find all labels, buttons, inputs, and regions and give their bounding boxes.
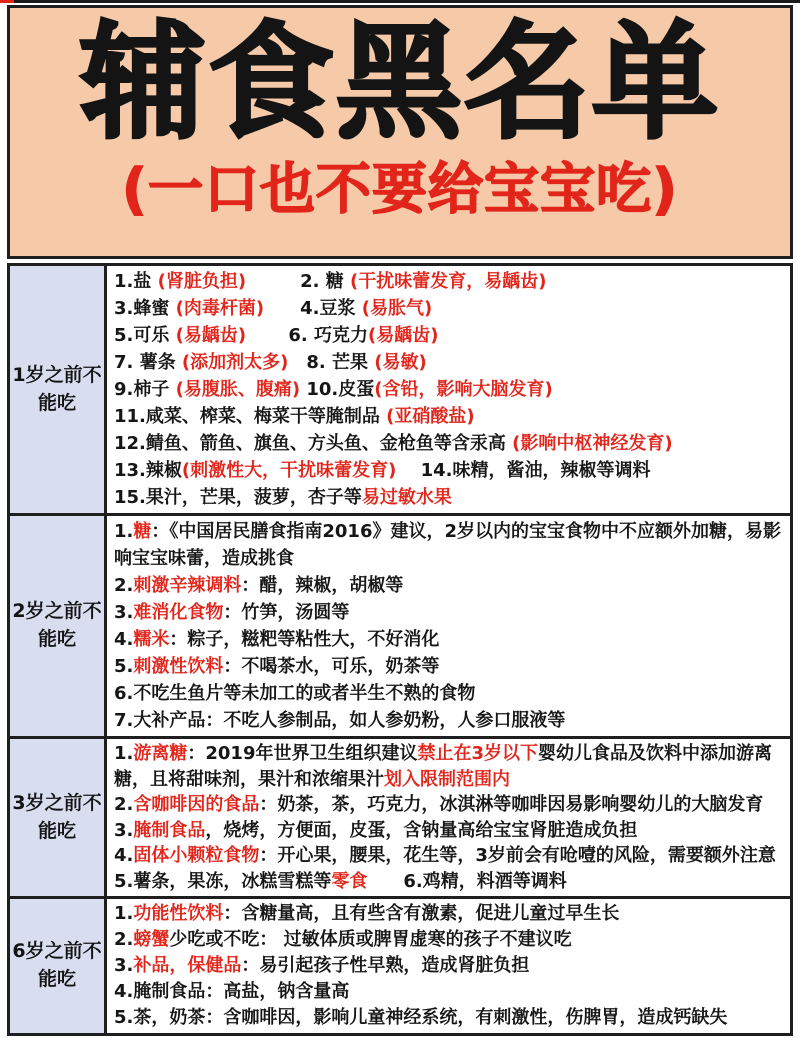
text-segment: 7.大补产品：不吃人参制品，如人参奶粉，人参口服液等 (114, 710, 565, 731)
food-item-line: 3.补品，保健品：易引起孩子性早熟，造成肾脏负担 (114, 953, 785, 979)
text-segment: 零食 (331, 871, 367, 892)
text-segment: 5.薯条，果冻，冰糕雪糕等 (114, 871, 331, 892)
text-segment: 10.皮蛋 (300, 379, 374, 400)
food-items: 1.游离糖：2019年世界卫生组织建议禁止在3岁以下婴幼儿食品及饮料中添加游离糖… (107, 739, 790, 896)
text-segment: 4.腌制食品：高盐，钠含量高 (114, 981, 349, 1002)
text-segment: 8. 芒果 (288, 352, 374, 373)
food-item-line: 5.刺激性饮料：不喝茶水，可乐，奶茶等 (114, 653, 785, 680)
food-item-line: 15.果汁，芒果，菠萝，杏子等易过敏水果 (114, 484, 785, 511)
age-group-label: 1岁之前不能吃 (10, 266, 107, 513)
food-item-line: 7. 薯条 (添加剂太多) 8. 芒果 (易敏) (114, 349, 785, 376)
text-segment: 1. (114, 903, 133, 924)
text-segment: 13.辣椒 (114, 460, 182, 481)
food-item-line: 12.鲭鱼、箭鱼、旗鱼、方头鱼、金枪鱼等含汞高 (影响中枢神经发育) (114, 430, 785, 457)
food-item-line: 2.刺激辛辣调料：醋，辣椒，胡椒等 (114, 572, 785, 599)
text-segment: 2. (114, 794, 133, 815)
text-segment: 易过敏水果 (362, 487, 452, 508)
top-edge-line (0, 0, 800, 3)
text-segment: 9.柿子 (114, 379, 176, 400)
table-row: 3岁之前不能吃1.游离糖：2019年世界卫生组织建议禁止在3岁以下婴幼儿食品及饮… (10, 736, 790, 896)
food-item-line: 5.茶，奶茶：含咖啡因，影响儿童神经系统，有刺激性，伤脾胃，造成钙缺失 (114, 1005, 785, 1031)
text-segment: 7. 薯条 (114, 352, 182, 373)
text-segment: 固体小颗粒食物 (133, 845, 259, 866)
table-row: 1岁之前不能吃1.盐 (肾脏负担) 2. 糖 (干扰味蕾发育，易龋齿)3.蜂蜜 … (10, 266, 790, 513)
text-segment: 4.豆浆 (264, 298, 362, 319)
food-item-line: 1.盐 (肾脏负担) 2. 糖 (干扰味蕾发育，易龋齿) (114, 268, 785, 295)
food-item-line: 5.可乐 (易龋齿) 6. 巧克力(易龋齿) (114, 322, 785, 349)
text-segment: 刺激性饮料 (133, 656, 223, 677)
food-item-line: 1.功能性饮料：含糖量高，且有些含有激素，促进儿童过早生长 (114, 901, 785, 927)
text-segment: (添加剂太多) (182, 352, 288, 373)
age-group-label: 3岁之前不能吃 (10, 739, 107, 896)
food-item-line: 4.腌制食品：高盐，钠含量高 (114, 979, 785, 1005)
header-panel: 辅食黑名单 (一口也不要给宝宝吃) (7, 5, 793, 259)
text-segment: 糖 (133, 521, 151, 542)
text-segment: 腌制食品 (133, 820, 205, 841)
text-segment: 游离糖 (133, 743, 187, 764)
text-segment: (易龋齿) (176, 325, 246, 346)
age-group-label: 6岁之前不能吃 (10, 899, 107, 1033)
text-segment: 含咖啡因的食品 (133, 794, 259, 815)
food-item-line: 3.难消化食物：竹笋，汤圆等 (114, 599, 785, 626)
corner-red-mark (0, 0, 14, 3)
text-segment: 15.果汁，芒果，菠萝，杏子等 (114, 487, 362, 508)
text-segment: 功能性饮料 (133, 903, 223, 924)
food-item-line: 11.咸菜、榨菜、梅菜干等腌制品 (亚硝酸盐) (114, 403, 785, 430)
text-segment: 2. 糖 (246, 271, 350, 292)
food-items: 1.盐 (肾脏负担) 2. 糖 (干扰味蕾发育，易龋齿)3.蜂蜜 (肉毒杆菌) … (107, 266, 790, 513)
food-item-line: 7.大补产品：不吃人参制品，如人参奶粉，人参口服液等 (114, 707, 785, 734)
page-title: 辅食黑名单 (10, 14, 790, 153)
food-item-line: 13.辣椒(刺激性大，干扰味蕾发育) 14.味精，酱油，辣椒等调料 (114, 457, 785, 484)
food-items: 1.糖：《中国居民膳食指南2016》建议，2岁以内的宝宝食物中不应额外加糖，易影… (107, 516, 790, 736)
text-segment: ：竹笋，汤圆等 (223, 602, 349, 623)
text-segment: ：不喝茶水，可乐，奶茶等 (223, 656, 439, 677)
text-segment: ：《中国居民膳食指南2016》建议，2岁以内的宝宝食物中不应额外加糖，易影响宝宝… (114, 521, 781, 569)
table-row: 2岁之前不能吃1.糖：《中国居民膳食指南2016》建议，2岁以内的宝宝食物中不应… (10, 513, 790, 736)
text-segment: (干扰味蕾发育，易龋齿) (350, 271, 546, 292)
food-items: 1.功能性饮料：含糖量高，且有些含有激素，促进儿童过早生长2.螃蟹少吃或不吃： … (107, 899, 790, 1033)
age-group-label: 2岁之前不能吃 (10, 516, 107, 736)
text-segment: (肾脏负担) (158, 271, 246, 292)
text-segment: ：开心果，腰果，花生等，3岁前会有呛噎的风险，需要额外注意 (259, 845, 776, 866)
text-segment: 难消化食物 (133, 602, 223, 623)
text-segment: 12.鲭鱼、箭鱼、旗鱼、方头鱼、金枪鱼等含汞高 (114, 433, 512, 454)
food-item-line: 1.游离糖：2019年世界卫生组织建议禁止在3岁以下婴幼儿食品及饮料中添加游离糖… (114, 741, 785, 792)
text-segment: 2. (114, 575, 133, 596)
text-segment: (刺激性大，干扰味蕾发育) (182, 460, 396, 481)
food-item-line: 6.不吃生鱼片等未加工的或者半生不熟的食物 (114, 680, 785, 707)
text-segment: 刺激辛辣调料 (133, 575, 241, 596)
text-segment: 11.咸菜、榨菜、梅菜干等腌制品 (114, 406, 386, 427)
text-segment: 5.可乐 (114, 325, 176, 346)
text-segment: 5. (114, 656, 133, 677)
text-segment: (肉毒杆菌) (176, 298, 264, 319)
page-subtitle: (一口也不要给宝宝吃) (10, 159, 790, 220)
text-segment: ：奶茶，茶，巧克力，冰淇淋等咖啡因易影响婴幼儿的大脑发育 (259, 794, 763, 815)
text-segment: 1. (114, 743, 133, 764)
food-item-line: 2.螃蟹少吃或不吃： 过敏体质或脾胃虚寒的孩子不建议吃 (114, 927, 785, 953)
food-item-line: 9.柿子 (易腹胀、腹痛) 10.皮蛋(含铅，影响大脑发育) (114, 376, 785, 403)
text-segment: (易胀气) (362, 298, 432, 319)
text-segment: 2. (114, 929, 133, 950)
text-segment: ：含糖量高，且有些含有激素，促进儿童过早生长 (223, 903, 619, 924)
text-segment: 6.不吃生鱼片等未加工的或者半生不熟的食物 (114, 683, 475, 704)
food-item-line: 2.含咖啡因的食品：奶茶，茶，巧克力，冰淇淋等咖啡因易影响婴幼儿的大脑发育 (114, 792, 785, 818)
text-segment: (易腹胀、腹痛) (176, 379, 300, 400)
text-segment: 5.茶，奶茶：含咖啡因，影响儿童神经系统，有刺激性，伤脾胃，造成钙缺失 (114, 1007, 727, 1028)
text-segment: (亚硝酸盐) (386, 406, 474, 427)
text-segment: 3. (114, 955, 133, 976)
text-segment: 糯米 (133, 629, 169, 650)
text-segment: 4. (114, 845, 133, 866)
food-item-line: 1.糖：《中国居民膳食指南2016》建议，2岁以内的宝宝食物中不应额外加糖，易影… (114, 518, 785, 572)
text-segment: 4. (114, 629, 133, 650)
text-segment: (含铅，影响大脑发育) (374, 379, 552, 400)
food-item-line: 5.薯条，果冻，冰糕雪糕等零食 6.鸡精，料酒等调料 (114, 869, 785, 895)
text-segment: ：2019年世界卫生组织建议 (187, 743, 417, 764)
text-segment: ，烧烤，方便面，皮蛋，含钠量高给宝宝肾脏造成负担 (205, 820, 637, 841)
text-segment: 螃蟹 (133, 929, 169, 950)
text-segment: (易龋齿) (368, 325, 438, 346)
text-segment: (易敏) (374, 352, 426, 373)
food-item-line: 4.固体小颗粒食物：开心果，腰果，花生等，3岁前会有呛噎的风险，需要额外注意 (114, 843, 785, 869)
text-segment: 1. (114, 521, 133, 542)
text-segment: 6.鸡精，料酒等调料 (367, 871, 566, 892)
text-segment: 3. (114, 602, 133, 623)
food-item-line: 4.糯米：粽子，糍粑等粘性大，不好消化 (114, 626, 785, 653)
text-segment: 1.盐 (114, 271, 158, 292)
text-segment: 补品，保健品 (133, 955, 241, 976)
text-segment: (影响中枢神经发育) (512, 433, 672, 454)
text-segment: 少吃或不吃： 过敏体质或脾胃虚寒的孩子不建议吃 (169, 929, 571, 950)
blacklist-table: 1岁之前不能吃1.盐 (肾脏负担) 2. 糖 (干扰味蕾发育，易龋齿)3.蜂蜜 … (7, 263, 793, 1036)
text-segment: 3. (114, 820, 133, 841)
food-item-line: 3.蜂蜜 (肉毒杆菌) 4.豆浆 (易胀气) (114, 295, 785, 322)
text-segment: ：易引起孩子性早熟，造成肾脏负担 (241, 955, 529, 976)
text-segment: ：醋，辣椒，胡椒等 (241, 575, 403, 596)
text-segment: 划入限制范围内 (384, 769, 510, 790)
text-segment: 6. 巧克力 (246, 325, 368, 346)
text-segment: ：粽子，糍粑等粘性大，不好消化 (169, 629, 439, 650)
text-segment: 3.蜂蜜 (114, 298, 176, 319)
table-row: 6岁之前不能吃1.功能性饮料：含糖量高，且有些含有激素，促进儿童过早生长2.螃蟹… (10, 896, 790, 1033)
food-item-line: 3.腌制食品，烧烤，方便面，皮蛋，含钠量高给宝宝肾脏造成负担 (114, 818, 785, 844)
text-segment: 禁止在3岁以下 (417, 743, 538, 764)
text-segment: 14.味精，酱油，辣椒等调料 (396, 460, 650, 481)
